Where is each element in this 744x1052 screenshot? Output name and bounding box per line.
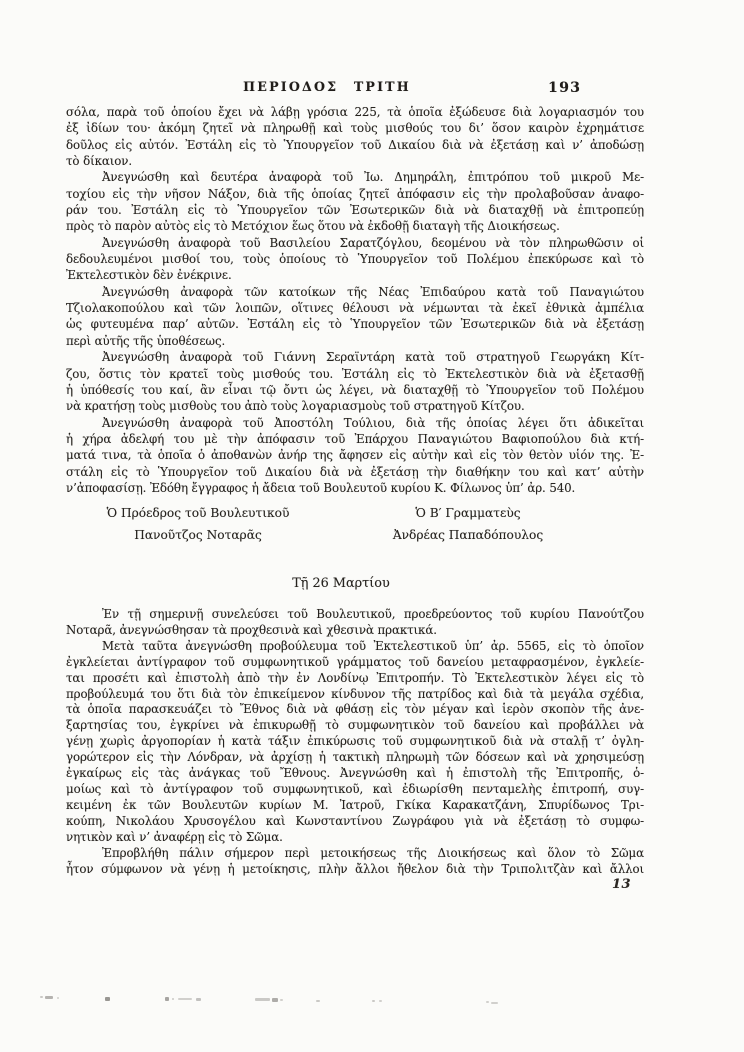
signature-block-president: Ὁ Πρόεδρος τοῦ Βουλευτικοῦ Πανοῦτζος Νοτ… xyxy=(98,503,298,546)
text-line: Ἐκτελεστικὸν δὲν ἐνέκρινε. xyxy=(66,267,644,283)
scan-artifact xyxy=(379,1000,382,1002)
text-line: Ἐν τῇ σημερινῇ συνελεύσει τοῦ Βουλευτικο… xyxy=(66,607,644,623)
text-line: Ἀνεγνώσθη ἀναφορὰ τῶν κατοίκων τῆς Νέας … xyxy=(66,284,644,300)
text-line: ζου, ὅστις τὸν κρατεῖ τοὺς μισθούς του. … xyxy=(66,366,644,382)
text-line: Νοταρᾶ, ἀνεγνώσθησαν τὰ προχθεσινὰ καὶ χ… xyxy=(66,623,644,639)
text-line: Ἀνεγνώσθη ἀναφορὰ τοῦ Βασιλείου Σαρατζόγ… xyxy=(66,235,644,251)
text-line: Ἐπροβλήθη πάλιν σήμερον περὶ μετοικήσεως… xyxy=(66,846,644,862)
scan-artifact xyxy=(272,998,278,1002)
text-line: δεδουλευμένοι μισθοί του, τοὺς ὁποίους τ… xyxy=(66,251,644,267)
signature-role: Ὁ Πρόεδρος τοῦ Βουλευτικοῦ xyxy=(98,503,298,525)
scan-artifact xyxy=(40,996,43,998)
text-line: δοῦλος εἰς αὐτόν. Ἐστάλη εἰς τὸ Ὑπουργεῖ… xyxy=(66,137,644,153)
text-line: ξαρτησίας του, ἐγκρίνει νὰ ἐπικυρωθῇ τὸ … xyxy=(66,718,644,734)
page-number: 193 xyxy=(548,80,581,96)
text-line: Ἀνεγνώσθη ἀναφορὰ τοῦ Ἀποστόλη Τούλιου, … xyxy=(66,415,644,431)
text-line: ἡ ὑπόθεσίς του καί, ἂν εἶναι τῷ ὄντι ὡς … xyxy=(66,382,644,398)
text-line: στάλη εἰς τὸ Ὑπουργεῖον τοῦ Δικαίου διὰ … xyxy=(66,464,644,480)
scan-artifact xyxy=(372,1000,375,1002)
text-line: Μετὰ ταῦτα ἀνεγνώσθη προβούλευμα τοῦ Ἐκτ… xyxy=(66,639,644,655)
session-date-heading: Τῇ 26 Μαρτίου xyxy=(52,576,630,591)
scan-artifact xyxy=(45,996,53,999)
text-line: σόλα, παρὰ τοῦ ὁποίου ἔχει νὰ λάβῃ γρόσι… xyxy=(66,104,644,120)
signature-name: Ἀνδρέας Παπαδόπουλος xyxy=(378,525,558,547)
text-line: ἐξ ἰδίων του· ἀκόμη ζητεῖ νὰ πληρωθῇ καὶ… xyxy=(66,120,644,136)
text-line: ράν του. Ἐστάλη εἰς τὸ Ὑπουργεῖον τῶν Ἐσ… xyxy=(66,202,644,218)
text-line: τὸ δίκαιον. xyxy=(66,153,644,169)
text-line: Ἀνεγνώσθη ἀναφορὰ τοῦ Γιάννη Σεραϊντάρη … xyxy=(66,349,644,365)
scan-artifact xyxy=(280,999,283,1001)
scan-artifact xyxy=(486,1001,489,1003)
text-line: νὰ κρατήσῃ τοὺς μισθοὺς του ἀπὸ τοὺς λογ… xyxy=(66,398,644,414)
scan-artifact xyxy=(165,997,169,1001)
text-line: τὰ ὁποῖα παρασκευάζει τὸ Ἔθνος διὰ νὰ φθ… xyxy=(66,702,644,718)
scan-artifact xyxy=(178,998,192,1000)
text-line: ματά τινα, τὰ ὁποῖα ὁ ἀποθανὼν ἀνήρ της … xyxy=(66,447,644,463)
text-line: ἡ χήρα ἀδελφή του μὲ τὴν ἀπόφασιν τοῦ Ἐπ… xyxy=(66,431,644,447)
text-line: Ἀνεγνώσθη καὶ δευτέρα ἀναφορὰ τοῦ Ἰω. Δη… xyxy=(66,169,644,185)
signature-name: Πανοῦτζος Νοταρᾶς xyxy=(98,525,298,547)
scan-artifact xyxy=(172,998,174,1000)
text-line: κειμένη ἐκ τῶν Βουλευτῶν κυρίων Μ. Ἰατρο… xyxy=(66,798,644,814)
signature-sheet-number: 13 xyxy=(612,877,631,892)
scan-artifact xyxy=(196,998,201,1001)
text-line: ἦτον σύμφωνον νὰ γένῃ ἡ μετοίκησις, πλὴν… xyxy=(66,862,644,878)
text-line: ἐγκαίρως εἰς τὰς ἀνάγκας τοῦ Ἔθνους. Ἀνε… xyxy=(66,766,644,782)
scan-artifact xyxy=(316,1000,320,1002)
text-line: ται προσέτι καὶ ἐπιστολὴ ἀπὸ τὴν ἐν Λονδ… xyxy=(66,671,644,687)
scan-artifact xyxy=(491,1002,498,1004)
text-line: τοχίου εἰς τὴν νῆσον Νάξον, διὰ τῆς ὁποί… xyxy=(66,186,644,202)
scan-artifact xyxy=(105,997,110,1001)
text-line: περὶ αὐτῆς τῆς ὑποθέσεως. xyxy=(66,333,644,349)
signature-role: Ὁ Β′ Γραμματεὺς xyxy=(378,503,558,525)
text-line: πρὸς τὸ παρὸν αὐτὸς εἰς τὸ Μετόχιον ἕως … xyxy=(66,218,644,234)
running-head-title: ΠΕΡΙΟΔΟΣ ΤΡΙΤΗ xyxy=(160,79,494,94)
minutes-text-second-session: Ἐν τῇ σημερινῇ συνελεύσει τοῦ Βουλευτικο… xyxy=(66,607,644,877)
text-line: ἐγκλείεται ἀντίγραφον τοῦ συμφωνητικοῦ γ… xyxy=(66,655,644,671)
text-line: προβούλευμά του ὅτι διὰ τὸν ἐπικείμενον … xyxy=(66,687,644,703)
text-line: γένῃ χωρὶς ἀργοπορίαν ἡ κατὰ τάξιν ἐπικύ… xyxy=(66,734,644,750)
scan-artifact xyxy=(255,998,270,1001)
text-line: ν’ἀποφασίσῃ. Ἐδόθη ἔγγραφος ἡ ἄδεια τοῦ … xyxy=(66,480,644,496)
minutes-text-first-session: σόλα, παρὰ τοῦ ὁποίου ἔχει νὰ λάβῃ γρόσι… xyxy=(66,104,644,496)
text-line: ὡς φυτευμένα παρ’ αὐτῶν. Ἐστάλη εἰς τὸ Ὑ… xyxy=(66,316,644,332)
text-line: Τζιολακοπούλου καὶ τῶν λοιπῶν, οἵτινες θ… xyxy=(66,300,644,316)
signature-block-secretary: Ὁ Β′ Γραμματεὺς Ἀνδρέας Παπαδόπουλος xyxy=(378,503,558,546)
text-line: μοίως καὶ τὸ ἀντίγραφον τοῦ συμφωνητικοῦ… xyxy=(66,782,644,798)
text-line: γορώτερον εἰς τὴν Λόνδραν, νὰ ἀρχίσῃ ἡ τ… xyxy=(66,750,644,766)
scan-artifact xyxy=(57,997,59,999)
scanned-minutes-page: ΠΕΡΙΟΔΟΣ ΤΡΙΤΗ 193 σόλα, παρὰ τοῦ ὁποίου… xyxy=(0,0,744,1052)
text-line: κούπη, Νικολάου Χρυσογέλου καὶ Κωνσταντί… xyxy=(66,814,644,830)
text-line: νητικὸν καὶ ν’ ἀναφέρῃ εἰς τὸ Σῶμα. xyxy=(66,830,644,846)
